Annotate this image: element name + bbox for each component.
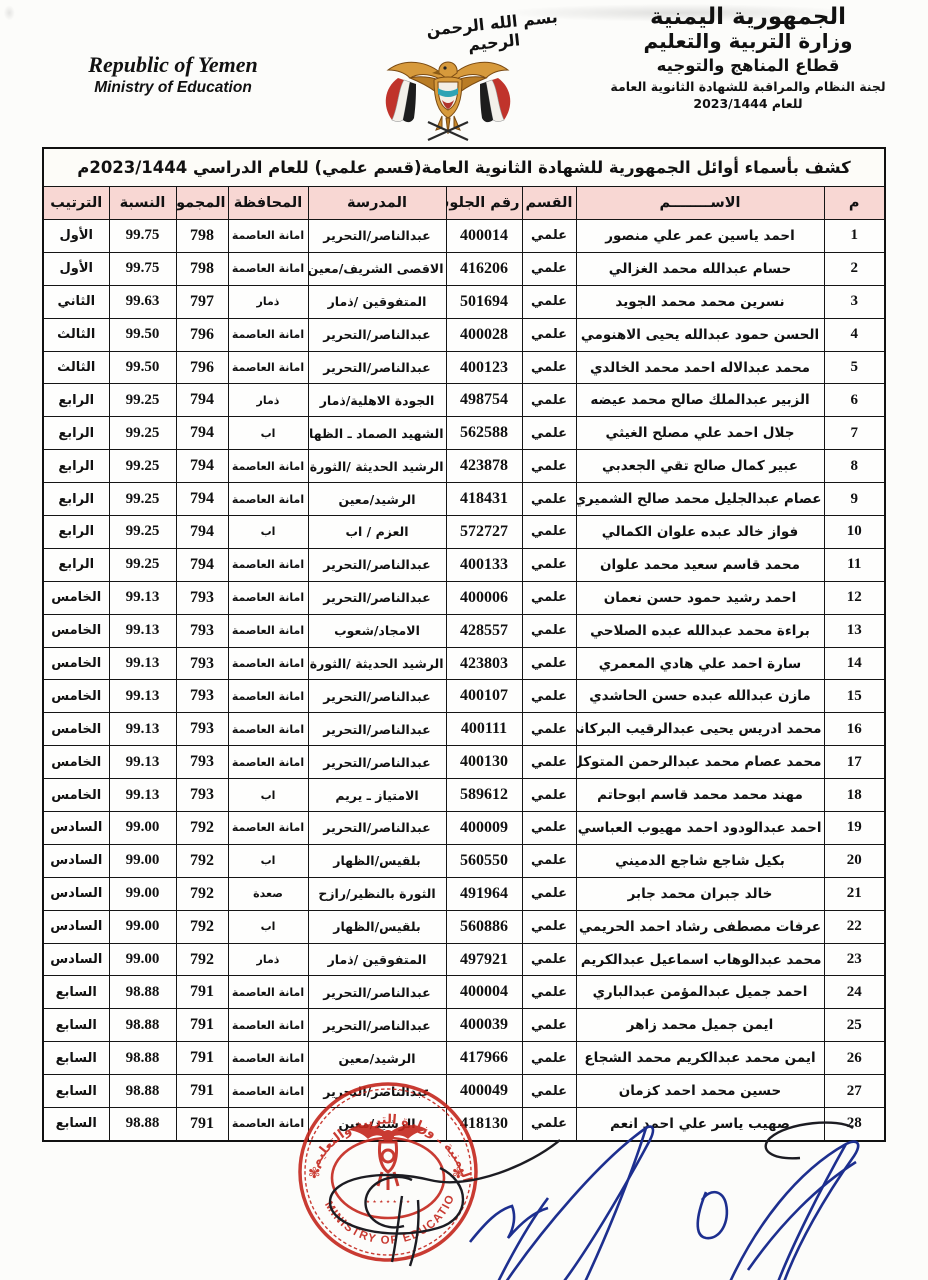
table-row: 26ايمن محمد عبدالكريم محمد الشجاععلمي417…: [43, 1042, 885, 1075]
cell-rank: الرابع: [43, 417, 109, 450]
cell-section: علمي: [522, 746, 576, 779]
table-row: 11محمد قاسم سعيد محمد علوانعلمي400133عبد…: [43, 548, 885, 581]
table-row: 12احمد رشيد حمود حسن نعمانعلمي400006عبدا…: [43, 581, 885, 614]
table-row: 8عبير كمال صالح تقي الجعدبيعلمي423878الر…: [43, 450, 885, 483]
cell-school: عبدالناصر/التحرير: [308, 976, 446, 1009]
cell-percentage: 99.50: [109, 351, 176, 384]
cell-governorate: اب: [228, 516, 308, 549]
cell-seat: 418431: [446, 483, 522, 516]
cell-serial: 12: [824, 581, 885, 614]
cell-serial: 22: [824, 910, 885, 943]
cell-total: 796: [176, 318, 228, 351]
cell-serial: 18: [824, 779, 885, 812]
cell-rank: الثالث: [43, 351, 109, 384]
cell-serial: 24: [824, 976, 885, 1009]
cell-governorate: اب: [228, 779, 308, 812]
table-row: 2حسام عبدالله محمد الغزاليعلمي416206الاق…: [43, 252, 885, 285]
cell-seat: 491964: [446, 877, 522, 910]
cell-seat: 416206: [446, 252, 522, 285]
cell-section: علمي: [522, 384, 576, 417]
crossed-flagpoles: [428, 122, 468, 140]
cell-section: علمي: [522, 1009, 576, 1042]
cell-serial: 4: [824, 318, 885, 351]
cell-percentage: 98.88: [109, 1042, 176, 1075]
cell-seat: 560886: [446, 910, 522, 943]
cell-percentage: 99.25: [109, 417, 176, 450]
col-header-section: القسم: [522, 187, 576, 220]
cell-seat: 562588: [446, 417, 522, 450]
cell-total: 792: [176, 943, 228, 976]
table-row: 27حسين محمد احمد كزمانعلمي400049عبدالناص…: [43, 1075, 885, 1108]
blue-signature-right: [698, 1142, 858, 1280]
cell-percentage: 99.63: [109, 285, 176, 318]
scanned-document-page: { "header": { "left": {"country_en": "Re…: [0, 0, 928, 1280]
cell-serial: 14: [824, 647, 885, 680]
stamp-inner-ellipse: [332, 1138, 444, 1218]
cell-rank: السابع: [43, 1042, 109, 1075]
cell-percentage: 99.25: [109, 516, 176, 549]
col-header-school: المدرسة: [308, 187, 446, 220]
cell-section: علمي: [522, 647, 576, 680]
cell-seat: 423878: [446, 450, 522, 483]
cell-total: 791: [176, 1108, 228, 1141]
ministry-name-en: Ministry of Education: [58, 78, 288, 98]
cell-serial: 23: [824, 943, 885, 976]
cell-seat: 400014: [446, 220, 522, 253]
cell-seat: 400009: [446, 812, 522, 845]
cell-governorate: امانة العاصمة: [228, 614, 308, 647]
cell-percentage: 98.88: [109, 1108, 176, 1141]
cell-rank: الخامس: [43, 713, 109, 746]
table-row: 3نسرين محمد محمد الجويدعلمي501694المتفوق…: [43, 285, 885, 318]
cell-percentage: 99.13: [109, 779, 176, 812]
cell-section: علمي: [522, 812, 576, 845]
cell-governorate: اب: [228, 910, 308, 943]
cell-name: فواز خالد عبده علوان الكمالي: [576, 516, 824, 549]
cell-school: الرشيد/معين: [308, 1042, 446, 1075]
cell-rank: السادس: [43, 844, 109, 877]
cell-school: الرشيد/معين: [308, 483, 446, 516]
cell-school: بلقيس/الظهار: [308, 844, 446, 877]
cell-seat: 589612: [446, 779, 522, 812]
table-row: 15مازن عبدالله عبده حسن الحاشديعلمي40010…: [43, 680, 885, 713]
cell-name: احمد جميل عبدالمؤمن عبدالباري: [576, 976, 824, 1009]
cell-section: علمي: [522, 548, 576, 581]
table-header-row: م الاســــــــم القسم رقم الجلوس المدرسة…: [43, 187, 885, 220]
table-row: 14سارة احمد علي هادي المعمريعلمي423803ال…: [43, 647, 885, 680]
cell-serial: 15: [824, 680, 885, 713]
table-row: 24احمد جميل عبدالمؤمن عبدالباريعلمي40000…: [43, 976, 885, 1009]
cell-governorate: امانة العاصمة: [228, 647, 308, 680]
cell-name: نسرين محمد محمد الجويد: [576, 285, 824, 318]
cell-section: علمي: [522, 252, 576, 285]
cell-governorate: امانة العاصمة: [228, 351, 308, 384]
country-name-en: Republic of Yemen: [58, 52, 288, 78]
cell-name: احمد ياسين عمر علي منصور: [576, 220, 824, 253]
col-header-seat-number: رقم الجلوس: [446, 187, 522, 220]
cell-rank: السابع: [43, 1108, 109, 1141]
cell-section: علمي: [522, 581, 576, 614]
cell-name: الحسن حمود عبدالله يحيى الاهنومي: [576, 318, 824, 351]
cell-percentage: 99.00: [109, 844, 176, 877]
cell-serial: 6: [824, 384, 885, 417]
cell-total: 792: [176, 910, 228, 943]
cell-school: عبدالناصر/التحرير: [308, 318, 446, 351]
cell-school: بلقيس/الظهار: [308, 910, 446, 943]
cell-seat: 400133: [446, 548, 522, 581]
table-row: 1احمد ياسين عمر علي منصورعلمي400014عبدال…: [43, 220, 885, 253]
cell-percentage: 99.25: [109, 384, 176, 417]
cell-governorate: امانة العاصمة: [228, 220, 308, 253]
stamp-rosette-right-icon: ✾: [452, 1164, 465, 1182]
results-table: كشف بأسماء أوائل الجمهورية للشهادة الثان…: [42, 147, 886, 1142]
cell-governorate: امانة العاصمة: [228, 548, 308, 581]
cell-total: 798: [176, 220, 228, 253]
table-row: 4الحسن حمود عبدالله يحيى الاهنوميعلمي400…: [43, 318, 885, 351]
cell-governorate: امانة العاصمة: [228, 318, 308, 351]
cell-school: عبدالناصر/التحرير: [308, 1075, 446, 1108]
cell-total: 791: [176, 1009, 228, 1042]
cell-rank: السابع: [43, 1009, 109, 1042]
cell-percentage: 99.25: [109, 483, 176, 516]
col-header-serial: م: [824, 187, 885, 220]
cell-seat: 400123: [446, 351, 522, 384]
cell-name: عبير كمال صالح تقي الجعدبي: [576, 450, 824, 483]
cell-seat: 418130: [446, 1108, 522, 1141]
cell-name: عصام عبدالجليل محمد صالح الشميري: [576, 483, 824, 516]
cell-section: علمي: [522, 976, 576, 1009]
cell-governorate: اب: [228, 417, 308, 450]
cell-section: علمي: [522, 943, 576, 976]
cell-governorate: ذمار: [228, 943, 308, 976]
sector-line: قطاع المناهج والتوجيه: [598, 54, 898, 78]
table-body: 1احمد ياسين عمر علي منصورعلمي400014عبدال…: [43, 220, 885, 1141]
cell-percentage: 99.75: [109, 252, 176, 285]
cell-rank: السابع: [43, 1075, 109, 1108]
cell-total: 798: [176, 252, 228, 285]
cell-governorate: امانة العاصمة: [228, 1042, 308, 1075]
col-header-percentage: النسبة: [109, 187, 176, 220]
table-title-row: كشف بأسماء أوائل الجمهورية للشهادة الثان…: [43, 148, 885, 187]
cell-school: عبدالناصر/التحرير: [308, 220, 446, 253]
cell-percentage: 98.88: [109, 976, 176, 1009]
cell-governorate: صعدة: [228, 877, 308, 910]
blue-signature-left: [470, 1127, 653, 1280]
col-header-governorate: المحافظة: [228, 187, 308, 220]
cell-school: الرشيد الحديثة /الثورة: [308, 647, 446, 680]
cell-serial: 26: [824, 1042, 885, 1075]
cell-percentage: 99.13: [109, 680, 176, 713]
cell-school: عبدالناصر/التحرير: [308, 1009, 446, 1042]
black-signature: [330, 1123, 853, 1266]
cell-rank: الثاني: [43, 285, 109, 318]
cell-rank: السادس: [43, 812, 109, 845]
cell-name: ايمن جميل محمد زاهر: [576, 1009, 824, 1042]
cell-seat: 400107: [446, 680, 522, 713]
cell-school: الشهيد الصماد ـ الظهار: [308, 417, 446, 450]
table-row: 7جلال احمد علي مصلح الغيثيعلمي562588الشه…: [43, 417, 885, 450]
cell-name: محمد قاسم سعيد محمد علوان: [576, 548, 824, 581]
cell-percentage: 99.13: [109, 746, 176, 779]
cell-seat: 501694: [446, 285, 522, 318]
cell-name: محمد عبدالوهاب اسماعيل عبدالكريم العشملي: [576, 943, 824, 976]
committee-line: لجنة النظام والمراقبة للشهادة الثانوية ا…: [598, 78, 898, 96]
cell-percentage: 99.00: [109, 943, 176, 976]
cell-seat: 400006: [446, 581, 522, 614]
cell-section: علمي: [522, 516, 576, 549]
cell-percentage: 99.25: [109, 548, 176, 581]
header-right-block: الجمهورية اليمنية وزارة التربية والتعليم…: [598, 6, 898, 113]
cell-school: عبدالناصر/التحرير: [308, 581, 446, 614]
table-row: 19احمد عبدالودود احمد مهيوب العباسيعلمي4…: [43, 812, 885, 845]
cell-name: احمد عبدالودود احمد مهيوب العباسي: [576, 812, 824, 845]
cell-rank: السادس: [43, 910, 109, 943]
cell-school: عبدالناصر/التحرير: [308, 548, 446, 581]
cell-total: 792: [176, 812, 228, 845]
cell-section: علمي: [522, 1108, 576, 1141]
table-row: 17محمد عصام محمد عبدالرحمن المتوكلعلمي40…: [43, 746, 885, 779]
cell-school: المتفوقين /ذمار: [308, 285, 446, 318]
cell-percentage: 99.50: [109, 318, 176, 351]
col-header-total: المجموع: [176, 187, 228, 220]
cell-governorate: امانة العاصمة: [228, 976, 308, 1009]
cell-total: 791: [176, 976, 228, 1009]
cell-section: علمي: [522, 351, 576, 384]
cell-percentage: 98.88: [109, 1009, 176, 1042]
cell-seat: 560550: [446, 844, 522, 877]
table-row: 25ايمن جميل محمد زاهرعلمي400039عبدالناصر…: [43, 1009, 885, 1042]
cell-governorate: امانة العاصمة: [228, 483, 308, 516]
cell-name: احمد رشيد حمود حسن نعمان: [576, 581, 824, 614]
cell-section: علمي: [522, 318, 576, 351]
bismillah-calligraphy: بسم الله الرحمن الرحيم: [406, 5, 579, 61]
cell-name: محمد عبدالاله احمد محمد الخالدي: [576, 351, 824, 384]
cell-serial: 20: [824, 844, 885, 877]
cell-name: سارة احمد علي هادي المعمري: [576, 647, 824, 680]
cell-name: حسين محمد احمد كزمان: [576, 1075, 824, 1108]
eagle-head: [432, 62, 457, 78]
table-row: 6الزبير عبدالملك صالح محمد عيضهعلمي49875…: [43, 384, 885, 417]
cell-serial: 16: [824, 713, 885, 746]
cell-percentage: 99.13: [109, 614, 176, 647]
cell-total: 794: [176, 516, 228, 549]
cell-school: العزم / اب: [308, 516, 446, 549]
stamp-rosette-left-icon: ✾: [308, 1164, 321, 1182]
cell-governorate: ذمار: [228, 384, 308, 417]
cell-rank: الرابع: [43, 516, 109, 549]
cell-governorate: امانة العاصمة: [228, 1009, 308, 1042]
cell-governorate: امانة العاصمة: [228, 746, 308, 779]
cell-seat: 400130: [446, 746, 522, 779]
cell-school: الثورة بالنظير/رازح: [308, 877, 446, 910]
cell-name: صهيب ياسر علي احمد انعم: [576, 1108, 824, 1141]
flag-ribbon-left: [386, 78, 416, 122]
cell-school: عبدالناصر/التحرير: [308, 713, 446, 746]
cell-total: 797: [176, 285, 228, 318]
cell-percentage: 99.00: [109, 812, 176, 845]
cell-serial: 21: [824, 877, 885, 910]
cell-percentage: 99.13: [109, 647, 176, 680]
cell-seat: 400028: [446, 318, 522, 351]
cell-name: محمد ادريس يحيى عبدالرقيب البركاني: [576, 713, 824, 746]
cell-seat: 572727: [446, 516, 522, 549]
table-row: 20بكيل شاجع شاجع الدمينيعلمي560550بلقيس/…: [43, 844, 885, 877]
table-row: 28صهيب ياسر علي احمد انعمعلمي418130الرشي…: [43, 1108, 885, 1141]
cell-school: الامتياز ـ يريم: [308, 779, 446, 812]
flag-ribbon-right: [480, 78, 510, 122]
cell-total: 794: [176, 417, 228, 450]
cell-section: علمي: [522, 450, 576, 483]
cell-serial: 2: [824, 252, 885, 285]
cell-seat: 400111: [446, 713, 522, 746]
cell-rank: الأول: [43, 220, 109, 253]
cell-seat: 423803: [446, 647, 522, 680]
cell-section: علمي: [522, 1075, 576, 1108]
table-row: 5محمد عبدالاله احمد محمد الخالديعلمي4001…: [43, 351, 885, 384]
cell-serial: 3: [824, 285, 885, 318]
yemen-emblem: [376, 48, 520, 142]
table-row: 10فواز خالد عبده علوان الكماليعلمي572727…: [43, 516, 885, 549]
cell-school: الجودة الاهلية/ذمار: [308, 384, 446, 417]
cell-percentage: 99.13: [109, 581, 176, 614]
cell-seat: 497921: [446, 943, 522, 976]
cell-name: عرفات مصطفى رشاد احمد الحريمي: [576, 910, 824, 943]
cell-rank: السادس: [43, 877, 109, 910]
cell-section: علمي: [522, 483, 576, 516]
cell-school: الرشيد الحديثة /الثورة: [308, 450, 446, 483]
cell-total: 793: [176, 680, 228, 713]
cell-total: 791: [176, 1042, 228, 1075]
cell-name: جلال احمد علي مصلح الغيثي: [576, 417, 824, 450]
table-row: 16محمد ادريس يحيى عبدالرقيب البركانيعلمي…: [43, 713, 885, 746]
cell-serial: 19: [824, 812, 885, 845]
cell-percentage: 98.88: [109, 1075, 176, 1108]
cell-rank: الرابع: [43, 483, 109, 516]
cell-section: علمي: [522, 614, 576, 647]
cell-total: 793: [176, 713, 228, 746]
cell-seat: 498754: [446, 384, 522, 417]
table-row: 13براءة محمد عبدالله عبده الصلاحيعلمي428…: [43, 614, 885, 647]
cell-name: براءة محمد عبدالله عبده الصلاحي: [576, 614, 824, 647]
cell-section: علمي: [522, 220, 576, 253]
cell-seat: 400004: [446, 976, 522, 1009]
cell-section: علمي: [522, 417, 576, 450]
table-row: 18مهند محمد محمد قاسم ابوحاتمعلمي589612ا…: [43, 779, 885, 812]
cell-name: ايمن محمد عبدالكريم محمد الشجاع: [576, 1042, 824, 1075]
cell-percentage: 99.13: [109, 713, 176, 746]
col-header-name: الاســــــــم: [576, 187, 824, 220]
cell-total: 792: [176, 844, 228, 877]
eagle-body: [434, 77, 462, 118]
cell-rank: الخامس: [43, 680, 109, 713]
table-row: 21خالد جبران محمد جابرعلمي491964الثورة ب…: [43, 877, 885, 910]
cell-serial: 1: [824, 220, 885, 253]
cell-name: محمد عصام محمد عبدالرحمن المتوكل: [576, 746, 824, 779]
cell-governorate: اب: [228, 844, 308, 877]
cell-name: بكيل شاجع شاجع الدميني: [576, 844, 824, 877]
country-name-ar: الجمهورية اليمنية: [598, 6, 898, 29]
cell-total: 796: [176, 351, 228, 384]
cell-seat: 400039: [446, 1009, 522, 1042]
cell-name: خالد جبران محمد جابر: [576, 877, 824, 910]
cell-section: علمي: [522, 844, 576, 877]
cell-school: الامجاد/شعوب: [308, 614, 446, 647]
cell-rank: الثالث: [43, 318, 109, 351]
cell-rank: الرابع: [43, 450, 109, 483]
cell-section: علمي: [522, 1042, 576, 1075]
cell-name: الزبير عبدالملك صالح محمد عيضه: [576, 384, 824, 417]
cell-section: علمي: [522, 910, 576, 943]
cell-rank: الرابع: [43, 548, 109, 581]
stamp-small-text: ٭ ٭ ٭ ٭ ٭ ٭ ٭: [366, 1197, 410, 1206]
table-row: 22عرفات مصطفى رشاد احمد الحريميعلمي56088…: [43, 910, 885, 943]
cell-section: علمي: [522, 680, 576, 713]
cell-total: 793: [176, 581, 228, 614]
cell-total: 793: [176, 614, 228, 647]
cell-governorate: امانة العاصمة: [228, 680, 308, 713]
col-header-rank: الترتيب: [43, 187, 109, 220]
cell-section: علمي: [522, 285, 576, 318]
cell-seat: 417966: [446, 1042, 522, 1075]
cell-school: عبدالناصر/التحرير: [308, 746, 446, 779]
cell-serial: 17: [824, 746, 885, 779]
header-left-block: Republic of Yemen Ministry of Education: [58, 52, 288, 99]
cell-governorate: امانة العاصمة: [228, 581, 308, 614]
cell-total: 793: [176, 647, 228, 680]
cell-school: المتفوقين /ذمار: [308, 943, 446, 976]
cell-governorate: امانة العاصمة: [228, 1108, 308, 1141]
cell-rank: السابع: [43, 976, 109, 1009]
cell-total: 792: [176, 877, 228, 910]
cell-percentage: 99.25: [109, 450, 176, 483]
cell-governorate: ذمار: [228, 285, 308, 318]
cell-serial: 11: [824, 548, 885, 581]
table-row: 9عصام عبدالجليل محمد صالح الشميريعلمي418…: [43, 483, 885, 516]
cell-percentage: 99.00: [109, 877, 176, 910]
cell-percentage: 99.75: [109, 220, 176, 253]
cell-section: علمي: [522, 877, 576, 910]
cell-rank: السادس: [43, 943, 109, 976]
cell-governorate: امانة العاصمة: [228, 812, 308, 845]
cell-total: 794: [176, 548, 228, 581]
cell-rank: الخامس: [43, 746, 109, 779]
cell-name: مازن عبدالله عبده حسن الحاشدي: [576, 680, 824, 713]
cell-seat: 400049: [446, 1075, 522, 1108]
ministry-name-ar: وزارة التربية والتعليم: [598, 29, 898, 54]
cell-section: علمي: [522, 779, 576, 812]
cell-serial: 28: [824, 1108, 885, 1141]
cell-school: الرشيد/معين: [308, 1108, 446, 1141]
cell-total: 791: [176, 1075, 228, 1108]
cell-rank: الخامس: [43, 647, 109, 680]
cell-serial: 9: [824, 483, 885, 516]
cell-rank: الخامس: [43, 581, 109, 614]
cell-serial: 25: [824, 1009, 885, 1042]
cell-total: 794: [176, 450, 228, 483]
cell-serial: 7: [824, 417, 885, 450]
cell-total: 793: [176, 746, 228, 779]
cell-total: 794: [176, 483, 228, 516]
cell-serial: 27: [824, 1075, 885, 1108]
academic-year-line: للعام 2023/1444: [598, 96, 898, 113]
cell-rank: الخامس: [43, 779, 109, 812]
eagle-wings: [388, 62, 508, 92]
table-row: 23محمد عبدالوهاب اسماعيل عبدالكريم العشم…: [43, 943, 885, 976]
cell-rank: الأول: [43, 252, 109, 285]
cell-governorate: امانة العاصمة: [228, 713, 308, 746]
cell-governorate: امانة العاصمة: [228, 450, 308, 483]
cell-section: علمي: [522, 713, 576, 746]
